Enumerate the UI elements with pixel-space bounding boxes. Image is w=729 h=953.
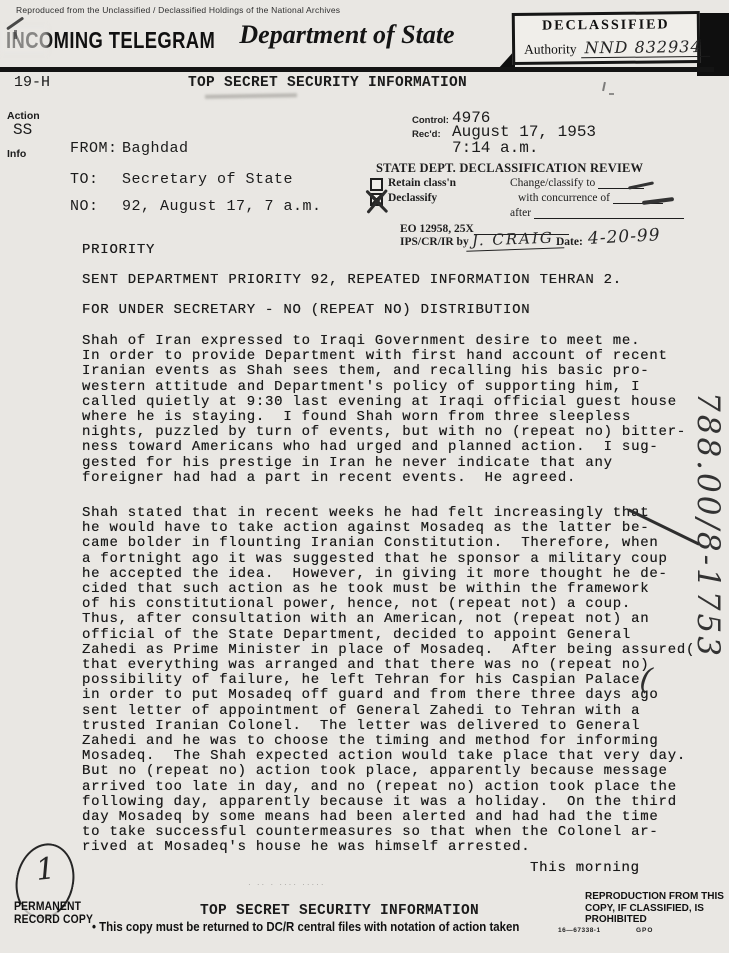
- review-date-label: Date:: [556, 236, 583, 248]
- number-row: NO:92, August 17, 7 a.m.: [70, 198, 322, 215]
- file-number-handwritten: 788.00/8-1753: [690, 392, 726, 659]
- retain-label: Retain class'n: [388, 177, 456, 189]
- after-line: after: [510, 207, 684, 219]
- pen-mark: [602, 82, 606, 91]
- control-label: Control:: [412, 115, 449, 126]
- number-label: NO:: [70, 198, 122, 215]
- scan-smudge: [205, 93, 297, 99]
- authority-label: Authority: [524, 41, 577, 57]
- pen-mark: [14, 30, 17, 39]
- from-value: Baghdad: [122, 140, 189, 157]
- change-classify-line: Change/classify to: [510, 177, 644, 189]
- pen-mark: [609, 93, 614, 95]
- action-office-symbol: SS: [13, 121, 32, 139]
- priority-marking: PRIORITY: [82, 243, 155, 258]
- archive-note: Reproduced from the Unclassified / Decla…: [16, 5, 340, 15]
- retain-checkbox: [370, 178, 383, 191]
- body-paragraph-1: Shah of Iran expressed to Iraqi Governme…: [82, 334, 686, 486]
- agency-title: Department of State: [222, 20, 472, 50]
- continuation-catchline: This morning: [530, 861, 640, 876]
- declassified-stamp: DECLASSIFIED AuthorityNND 832934: [512, 11, 701, 65]
- sent-line: SENT DEPARTMENT PRIORITY 92, REPEATED IN…: [82, 273, 622, 288]
- reproduction-prohibited-note: REPRODUCTION FROM THIS COPY, IF CLASSIFI…: [585, 891, 727, 926]
- telegram-document: Reproduced from the Unclassified / Decla…: [0, 0, 729, 953]
- to-label: TO:: [70, 171, 122, 188]
- to-row: TO:Secretary of State: [70, 171, 293, 188]
- header-divider-rule: [0, 67, 714, 72]
- permanent-record-copy-label: PERMANENT RECORD COPY: [14, 901, 93, 927]
- declassification-review-stamp: STATE DEPT. DECLASSIFICATION REVIEW Reta…: [360, 160, 705, 238]
- received-label: Rec'd:: [412, 129, 441, 140]
- classification-banner-bottom: TOP SECRET SECURITY INFORMATION: [200, 903, 479, 919]
- declassified-stamp-title: DECLASSIFIED: [515, 17, 697, 35]
- from-label: FROM:: [70, 140, 122, 157]
- to-value: Secretary of State: [122, 171, 293, 188]
- from-row: FROM:Baghdad: [70, 140, 189, 157]
- received-time: 7:14 a.m.: [452, 139, 538, 157]
- copy-number-handwritten: 1: [34, 851, 57, 888]
- declassified-authority-line: AuthorityNND 832934: [524, 37, 710, 58]
- print-code: 16—67338-1: [558, 927, 601, 934]
- gpo-mark: GPO: [636, 927, 653, 934]
- scan-smudge: · ·· · ···· ·····: [248, 880, 326, 889]
- reviewer-name-handwritten: J. CRAIG: [466, 228, 565, 251]
- distribution-line: FOR UNDER SECRETARY - NO (REPEAT NO) DIS…: [82, 303, 530, 318]
- info-label: Info: [7, 148, 26, 160]
- declassify-label: Declassify: [388, 192, 437, 204]
- authority-value-handwritten: NND 832934: [581, 37, 710, 58]
- classification-banner-top: TOP SECRET SECURITY INFORMATION: [188, 75, 467, 91]
- number-value: 92, August 17, 7 a.m.: [122, 198, 322, 215]
- review-stamp-title: STATE DEPT. DECLASSIFICATION REVIEW: [376, 161, 643, 176]
- reviewer-by-label: IPS/CR/IR by: [400, 236, 469, 248]
- return-note: • This copy must be returned to DC/R cen…: [92, 919, 519, 934]
- review-date-handwritten: 4-20-99: [588, 225, 662, 249]
- page-code: 19-H: [14, 74, 50, 91]
- body-paragraph-2: Shah stated that in recent weeks he had …: [82, 506, 695, 856]
